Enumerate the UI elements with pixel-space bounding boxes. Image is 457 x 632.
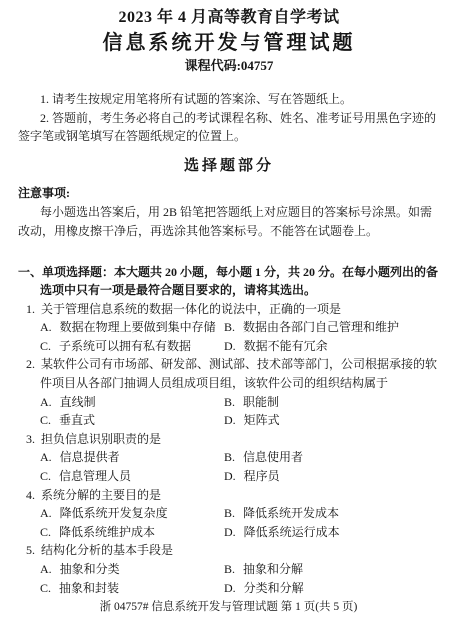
- option-text: 抽象和分类: [60, 562, 120, 576]
- option-text: 程序员: [244, 469, 280, 483]
- section-title: 选择题部分: [18, 157, 440, 175]
- option-text: 降低系统运行成本: [244, 525, 340, 539]
- option-label: D.: [224, 413, 236, 427]
- option-a: A.直线制: [40, 393, 224, 412]
- option-text: 垂直式: [59, 413, 95, 427]
- question-text: 关于管理信息系统的数据一体化的说法中，正确的一项是: [41, 302, 341, 316]
- option-c: C.信息管理人员: [40, 467, 224, 486]
- option-d: D.矩阵式: [224, 411, 440, 430]
- options-grid: A.数据在物理上要做到集中存储 B.数据由各部门自己管理和维护 C.子系统可以拥…: [40, 318, 440, 355]
- option-label: D.: [224, 469, 236, 483]
- option-label: B.: [224, 562, 235, 576]
- option-b: B.降低系统开发成本: [224, 504, 440, 523]
- option-label: A.: [40, 562, 52, 576]
- option-text: 数据在物理上要做到集中存储: [60, 320, 216, 334]
- option-label: C.: [40, 469, 51, 483]
- option-b: B.数据由各部门自己管理和维护: [224, 318, 440, 337]
- general-instructions: 1. 请考生按规定用笔将所有试题的答案涂、写在答题纸上。 2. 答题前，考生务必…: [18, 90, 440, 146]
- option-d: D.降低系统运行成本: [224, 523, 440, 542]
- option-text: 数据不能有冗余: [244, 339, 328, 353]
- question-number: 2.: [26, 357, 35, 371]
- option-a: A.抽象和分类: [40, 560, 224, 579]
- options-grid: A.抽象和分类 B.抽象和分解 C.抽象和封装 D.分类和分解: [40, 560, 440, 597]
- question-1: 1.关于管理信息系统的数据一体化的说法中，正确的一项是 A.数据在物理上要做到集…: [18, 300, 440, 356]
- options-grid: A.信息提供者 B.信息使用者 C.信息管理人员 D.程序员: [40, 448, 440, 485]
- option-label: C.: [40, 525, 51, 539]
- question-number: 4.: [26, 488, 35, 502]
- question-4: 4.系统分解的主要目的是 A.降低系统开发复杂度 B.降低系统开发成本 C.降低…: [18, 486, 440, 542]
- page-footer: 浙 04757# 信息系统开发与管理试题 第 1 页(共 5 页): [0, 600, 457, 614]
- option-text: 直线制: [60, 395, 96, 409]
- notice-title: 注意事项:: [18, 184, 440, 202]
- option-d: D.分类和分解: [224, 579, 440, 598]
- option-b: B.抽象和分解: [224, 560, 440, 579]
- paper-header: 2023 年 4 月高等教育自学考试 信息系统开发与管理试题 课程代码:0475…: [18, 8, 440, 74]
- option-text: 抽象和封装: [59, 581, 119, 595]
- option-label: C.: [40, 339, 51, 353]
- course-code: 课程代码:04757: [18, 58, 440, 74]
- question-stem: 2.某软件公司有市场部、研发部、测试部、技术部等部门，公司根据承接的软件项目从各…: [18, 355, 440, 392]
- option-text: 降低系统开发复杂度: [60, 506, 168, 520]
- option-c: C.抽象和封装: [40, 579, 224, 598]
- part-heading: 一、单项选择题：本大题共 20 小题，每小题 1 分，共 20 分。在每小题列出…: [18, 263, 440, 300]
- question-number: 3.: [26, 432, 35, 446]
- option-label: D.: [224, 525, 236, 539]
- option-label: C.: [40, 581, 51, 595]
- question-stem: 4.系统分解的主要目的是: [18, 486, 440, 505]
- question-text: 担负信息识别职责的是: [41, 432, 161, 446]
- option-text: 数据由各部门自己管理和维护: [243, 320, 399, 334]
- option-text: 信息提供者: [60, 450, 120, 464]
- option-a: A.信息提供者: [40, 448, 224, 467]
- option-label: A.: [40, 395, 52, 409]
- option-label: A.: [40, 320, 52, 334]
- options-grid: A.降低系统开发复杂度 B.降低系统开发成本 C.降低系统维护成本 D.降低系统…: [40, 504, 440, 541]
- question-number: 1.: [26, 302, 35, 316]
- option-c: C.降低系统维护成本: [40, 523, 224, 542]
- question-2: 2.某软件公司有市场部、研发部、测试部、技术部等部门，公司根据承接的软件项目从各…: [18, 355, 440, 429]
- option-label: C.: [40, 413, 51, 427]
- option-text: 抽象和分解: [243, 562, 303, 576]
- exam-session-line: 2023 年 4 月高等教育自学考试: [18, 8, 440, 28]
- option-label: D.: [224, 339, 236, 353]
- option-b: B.信息使用者: [224, 448, 440, 467]
- question-5: 5.结构化分析的基本手段是 A.抽象和分类 B.抽象和分解 C.抽象和封装 D.…: [18, 541, 440, 597]
- option-a: A.降低系统开发复杂度: [40, 504, 224, 523]
- option-text: 降低系统维护成本: [59, 525, 155, 539]
- instruction-item-1: 1. 请考生按规定用笔将所有试题的答案涂、写在答题纸上。: [18, 90, 440, 109]
- option-label: D.: [224, 581, 236, 595]
- option-label: B.: [224, 395, 235, 409]
- option-d: D.数据不能有冗余: [224, 337, 440, 356]
- question-text: 结构化分析的基本手段是: [41, 543, 173, 557]
- option-text: 信息使用者: [243, 450, 303, 464]
- question-3: 3.担负信息识别职责的是 A.信息提供者 B.信息使用者 C.信息管理人员 D.…: [18, 430, 440, 486]
- question-text: 某软件公司有市场部、研发部、测试部、技术部等部门，公司根据承接的软件项目从各部门…: [40, 357, 437, 390]
- notice-block: 注意事项: 每小题选出答案后，用 2B 铅笔把答题纸上对应题目的答案标号涂黑。如…: [18, 184, 440, 241]
- option-text: 信息管理人员: [59, 469, 131, 483]
- option-c: C.子系统可以拥有私有数据: [40, 337, 224, 356]
- option-text: 矩阵式: [244, 413, 280, 427]
- exam-paper-page: 2023 年 4 月高等教育自学考试 信息系统开发与管理试题 课程代码:0475…: [0, 0, 457, 632]
- option-label: A.: [40, 450, 52, 464]
- option-label: B.: [224, 320, 235, 334]
- option-text: 分类和分解: [244, 581, 304, 595]
- question-stem: 5.结构化分析的基本手段是: [18, 541, 440, 560]
- paper-title: 信息系统开发与管理试题: [18, 31, 440, 55]
- option-label: B.: [224, 450, 235, 464]
- question-number: 5.: [26, 543, 35, 557]
- option-text: 子系统可以拥有私有数据: [59, 339, 191, 353]
- question-text: 系统分解的主要目的是: [41, 488, 161, 502]
- option-text: 降低系统开发成本: [243, 506, 339, 520]
- option-text: 职能制: [243, 395, 279, 409]
- option-a: A.数据在物理上要做到集中存储: [40, 318, 224, 337]
- option-b: B.职能制: [224, 393, 440, 412]
- option-label: B.: [224, 506, 235, 520]
- notice-body: 每小题选出答案后，用 2B 铅笔把答题纸上对应题目的答案标号涂黑。如需改动，用橡…: [18, 203, 440, 241]
- option-c: C.垂直式: [40, 411, 224, 430]
- option-label: A.: [40, 506, 52, 520]
- options-grid: A.直线制 B.职能制 C.垂直式 D.矩阵式: [40, 393, 440, 430]
- option-d: D.程序员: [224, 467, 440, 486]
- question-stem: 1.关于管理信息系统的数据一体化的说法中，正确的一项是: [18, 300, 440, 319]
- question-stem: 3.担负信息识别职责的是: [18, 430, 440, 449]
- instruction-item-2: 2. 答题前，考生务必将自己的考试课程名称、姓名、准考证号用黑色字迹的签字笔或钢…: [18, 109, 440, 146]
